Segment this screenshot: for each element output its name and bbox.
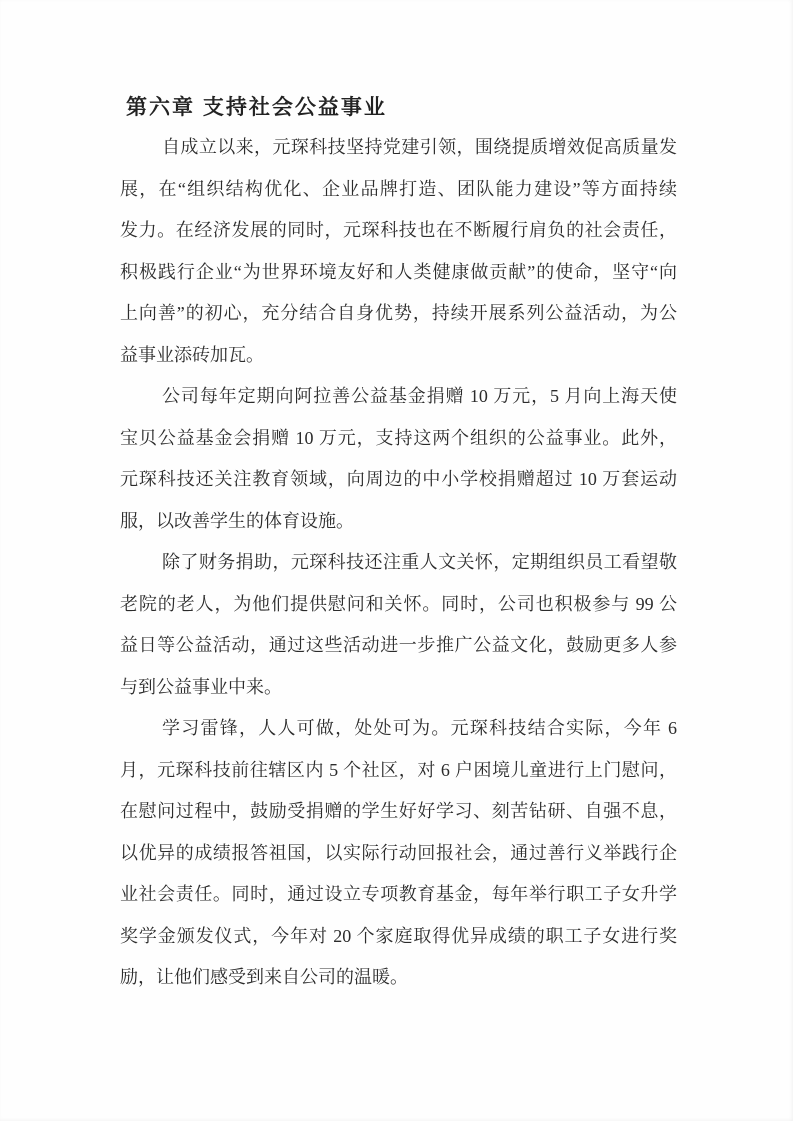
- text-line: 益事业添砖加瓦。: [120, 335, 677, 377]
- document-page: 第六章 支持社会公益事业 自成立以来，元琛科技坚持党建引领，围绕提质增效促高质量…: [0, 0, 793, 1121]
- text-line: 与到公益事业中来。: [120, 667, 677, 709]
- paragraph: 除了财务捐助，元琛科技还注重人文关怀，定期组织员工看望敬老院的老人，为他们提供慰…: [120, 542, 677, 708]
- text-line: 业社会责任。同时，通过设立专项教育基金，每年举行职工子女升学: [120, 874, 677, 916]
- text-line: 展，在“组织结构优化、企业品牌打造、团队能力建设”等方面持续: [120, 169, 677, 211]
- text-line: 月，元琛科技前往辖区内 5 个社区，对 6 户困境儿童进行上门慰问，: [120, 750, 677, 792]
- text-line: 除了财务捐助，元琛科技还注重人文关怀，定期组织员工看望敬: [120, 542, 677, 584]
- text-line: 奖学金颁发仪式，今年对 20 个家庭取得优异成绩的职工子女进行奖: [120, 916, 677, 958]
- text-line: 励，让他们感受到来自公司的温暖。: [120, 957, 677, 999]
- text-line: 学习雷锋，人人可做，处处可为。元琛科技结合实际，今年 6: [120, 708, 677, 750]
- text-line: 益日等公益活动，通过这些活动进一步推广公益文化，鼓励更多人参: [120, 625, 677, 667]
- paragraph: 自成立以来，元琛科技坚持党建引领，围绕提质增效促高质量发展，在“组织结构优化、企…: [120, 127, 677, 376]
- paragraph: 学习雷锋，人人可做，处处可为。元琛科技结合实际，今年 6月，元琛科技前往辖区内 …: [120, 708, 677, 999]
- text-line: 积极践行企业“为世界环境友好和人类健康做贡献”的使命，坚守“向: [120, 252, 677, 294]
- text-line: 宝贝公益基金会捐赠 10 万元，支持这两个组织的公益事业。此外，: [120, 418, 677, 460]
- text-line: 在慰问过程中，鼓励受捐赠的学生好好学习、刻苦钻研、自强不息，: [120, 791, 677, 833]
- document-body: 自成立以来，元琛科技坚持党建引领，围绕提质增效促高质量发展，在“组织结构优化、企…: [120, 127, 677, 999]
- text-line: 发力。在经济发展的同时，元琛科技也在不断履行肩负的社会责任，: [120, 210, 677, 252]
- text-line: 老院的老人，为他们提供慰问和关怀。同时，公司也积极参与 99 公: [120, 584, 677, 626]
- chapter-title: 第六章 支持社会公益事业: [126, 93, 387, 123]
- text-line: 自成立以来，元琛科技坚持党建引领，围绕提质增效促高质量发: [120, 127, 677, 169]
- text-line: 上向善”的初心，充分结合自身优势，持续开展系列公益活动，为公: [120, 293, 677, 335]
- text-line: 公司每年定期向阿拉善公益基金捐赠 10 万元，5 月向上海天使: [120, 376, 677, 418]
- paragraph: 公司每年定期向阿拉善公益基金捐赠 10 万元，5 月向上海天使宝贝公益基金会捐赠…: [120, 376, 677, 542]
- text-line: 元琛科技还关注教育领域，向周边的中小学校捐赠超过 10 万套运动: [120, 459, 677, 501]
- text-line: 以优异的成绩报答祖国，以实际行动回报社会，通过善行义举践行企: [120, 833, 677, 875]
- text-line: 服，以改善学生的体育设施。: [120, 501, 677, 543]
